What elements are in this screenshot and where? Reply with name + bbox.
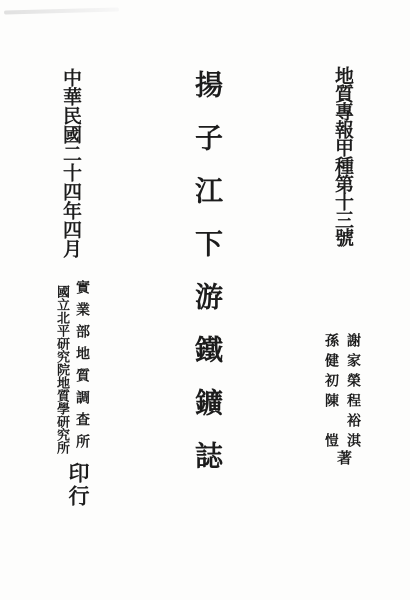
publisher-action-label: 印行 <box>67 462 88 508</box>
publisher-column-primary: 實業部地質調查所 <box>74 280 88 456</box>
author-names-column-primary: 謝家榮程裕淇 <box>345 333 359 453</box>
book-title-column: 揚子江下游鐵鑛誌 <box>192 70 220 494</box>
series-number-column: 地質專報甲種第十三號 <box>333 66 352 246</box>
scanned-title-page: 地質專報甲種第十三號 揚子江下游鐵鑛誌 中華民國二十四年四月 謝家榮程裕淇 孫健… <box>0 0 410 600</box>
publisher-column-secondary: 國立北平研究院地質學研究所 <box>56 285 69 454</box>
author-suffix-label: 著 <box>335 450 350 465</box>
author-names-column-secondary: 孫健初陳 愷 <box>323 333 337 453</box>
publication-date-column: 中華民國二十四年四月 <box>61 68 80 258</box>
scan-artifact-streak <box>4 7 119 14</box>
